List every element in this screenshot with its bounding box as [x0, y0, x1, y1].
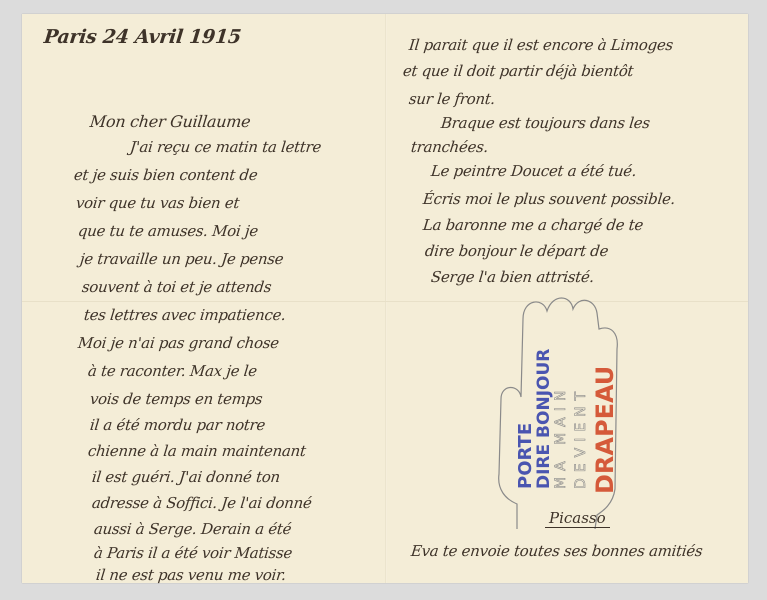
body-line: je travaille un peu. Je pense	[79, 250, 284, 268]
body-line: sur le front.	[408, 90, 496, 108]
red-text-drapeau: DRAPEAU	[591, 366, 619, 494]
letter-date: Paris 24 Avril 1915	[43, 26, 242, 48]
body-line: voir que tu vas bien et	[75, 194, 240, 212]
body-line: que tu te amuses. Moi je	[77, 222, 259, 240]
body-line: tranchées.	[410, 138, 489, 156]
body-line: et que il doit partir déjà bientôt	[402, 62, 634, 80]
signature: Picasso	[545, 509, 610, 528]
body-line: Moi je n'ai pas grand chose	[77, 334, 280, 352]
body-line: adresse à Soffici. Je l'ai donné	[91, 494, 313, 512]
postscript: Eva te envoie toutes ses bonnes amitiés	[410, 542, 703, 560]
body-line: à Paris il a été voir Matisse	[93, 544, 293, 562]
body-line: Écris moi le plus souvent possible.	[422, 190, 676, 208]
body-line: il ne est pas venu me voir.	[95, 566, 287, 584]
body-line: aussi à Serge. Derain a été	[93, 520, 292, 538]
body-line: à te raconter. Max je le	[87, 362, 258, 380]
salutation: Mon cher Guillaume	[89, 112, 251, 131]
hand-outline-icon: PORTE DIRE BONJOUR MA MAIN DEVIENT DRAPE…	[487, 289, 627, 529]
body-line: dire bonjour le départ de	[424, 242, 609, 260]
body-line: J'ai reçu ce matin ta lettre	[129, 138, 322, 156]
body-line: Serge l'a bien attristé.	[430, 268, 595, 286]
left-page: Paris 24 Avril 1915 Mon cher Guillaume J…	[22, 14, 385, 583]
body-line: Le peintre Doucet a été tué.	[430, 162, 637, 180]
blue-text-line-1: PORTE	[515, 423, 536, 489]
hand-flag-drawing: PORTE DIRE BONJOUR MA MAIN DEVIENT DRAPE…	[487, 289, 627, 529]
body-line: La baronne me a chargé de te	[422, 216, 644, 234]
body-line: Braque est toujours dans les	[440, 114, 651, 132]
letter-paper: Paris 24 Avril 1915 Mon cher Guillaume J…	[22, 14, 748, 583]
body-line: et je suis bien content de	[73, 166, 258, 184]
body-line: vois de temps en temps	[89, 390, 263, 408]
right-page: Il parait que il est encore à Limoges et…	[387, 14, 748, 583]
pencil-text-ma-main: MA MAIN	[553, 385, 569, 489]
body-line: Il parait que il est encore à Limoges	[408, 36, 674, 54]
pencil-text-devient: DEVIENT	[573, 386, 589, 489]
body-line: tes lettres avec impatience.	[83, 306, 287, 324]
body-line: souvent à toi et je attends	[81, 278, 272, 296]
body-line: chienne à la main maintenant	[87, 442, 307, 460]
body-line: il est guéri. J'ai donné ton	[91, 468, 281, 486]
body-line: il a été mordu par notre	[89, 416, 266, 434]
blue-text-line-2: DIRE BONJOUR	[534, 349, 554, 489]
